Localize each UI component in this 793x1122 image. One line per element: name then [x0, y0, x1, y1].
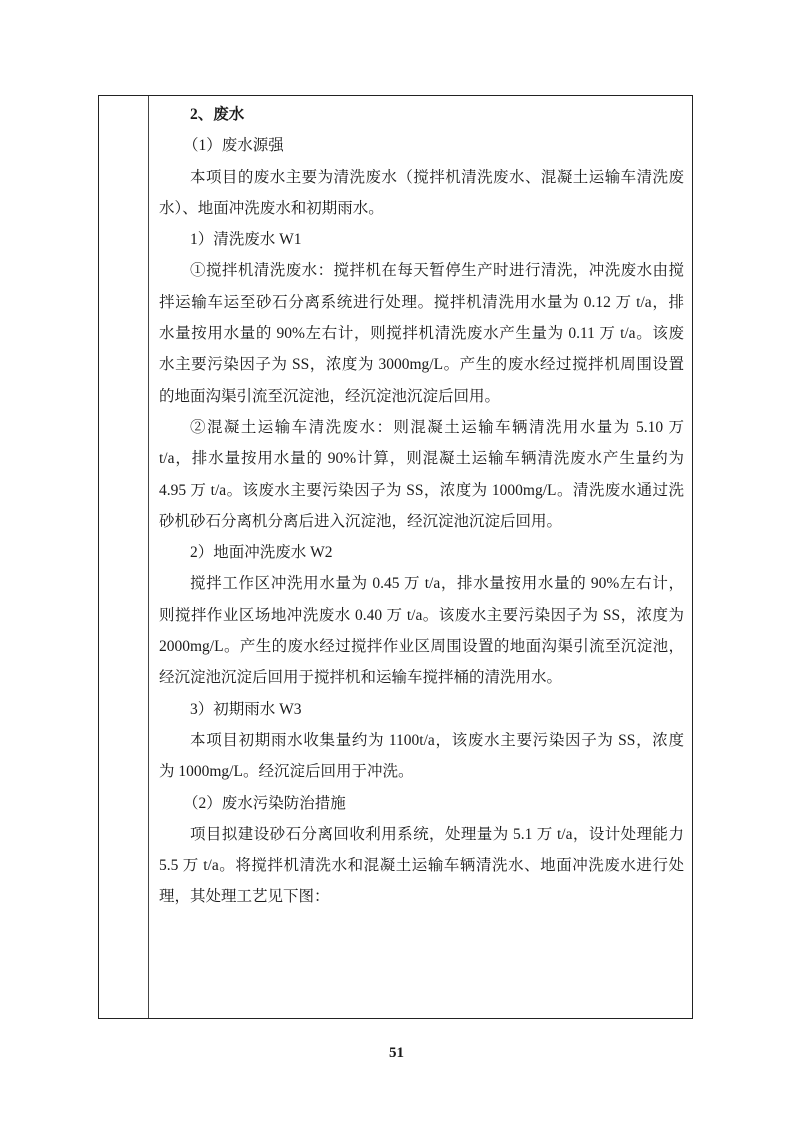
page-number: 51: [0, 1045, 793, 1062]
section-heading: 2、废水: [159, 99, 684, 130]
paragraph-line: 4.95 万 t/a。该废水主要污染因子为 SS，浓度为 1000mg/L。清洗…: [159, 475, 684, 506]
table-left-column: [99, 96, 149, 1018]
paragraph-line: ②混凝土运输车清洗废水：则混凝土运输车辆清洗用水量为 5.10 万: [159, 412, 684, 443]
paragraph-line: t/a，排水量按用水量的 90%计算，则混凝土运输车辆清洗废水产生量约为: [159, 443, 684, 474]
paragraph-line: 砂机砂石分离机分离后进入沉淀池，经沉淀池沉淀后回用。: [159, 506, 684, 537]
table-content-cell: 2、废水 （1）废水源强 本项目的废水主要为清洗废水（搅拌机清洗废水、混凝土运输…: [151, 96, 692, 913]
paragraph-line: 水主要污染因子为 SS，浓度为 3000mg/L。产生的废水经过搅拌机周围设置: [159, 349, 684, 380]
paragraph-line: 的地面沟渠引流至沉淀池，经沉淀池沉淀后回用。: [159, 381, 684, 412]
item-heading: 3）初期雨水 W3: [159, 694, 684, 725]
paragraph-line: 为 1000mg/L。经沉淀后回用于冲洗。: [159, 756, 684, 787]
content-table: 2、废水 （1）废水源强 本项目的废水主要为清洗废水（搅拌机清洗废水、混凝土运输…: [98, 95, 693, 1019]
paragraph-line: 2000mg/L。产生的废水经过搅拌作业区周围设置的地面沟渠引流至沉淀池，: [159, 631, 684, 662]
paragraph-line: 本项目初期雨水收集量约为 1100t/a，该废水主要污染因子为 SS，浓度: [159, 725, 684, 756]
paragraph-line: 搅拌工作区冲洗用水量为 0.45 万 t/a，排水量按用水量的 90%左右计，: [159, 568, 684, 599]
subsection-heading: （1）废水源强: [159, 130, 684, 161]
paragraph-line: 理，其处理工艺见下图：: [159, 881, 684, 912]
paragraph-line: 本项目的废水主要为清洗废水（搅拌机清洗废水、混凝土运输车清洗废: [159, 162, 684, 193]
paragraph-line: 水）、地面冲洗废水和初期雨水。: [159, 193, 684, 224]
paragraph-line: 经沉淀池沉淀后回用于搅拌机和运输车搅拌桶的清洗用水。: [159, 662, 684, 693]
paragraph-line: 则搅拌作业区场地冲洗废水 0.40 万 t/a。该废水主要污染因子为 SS，浓度…: [159, 600, 684, 631]
paragraph-line: ①搅拌机清洗废水：搅拌机在每天暂停生产时进行清洗，冲洗废水由搅: [159, 255, 684, 286]
paragraph-line: 5.5 万 t/a。将搅拌机清洗水和混凝土运输车辆清洗水、地面冲洗废水进行处: [159, 850, 684, 881]
item-heading: 2）地面冲洗废水 W2: [159, 537, 684, 568]
subsection-heading: （2）废水污染防治措施: [159, 788, 684, 819]
paragraph-line: 拌运输车运至砂石分离系统进行处理。搅拌机清洗用水量为 0.12 万 t/a，排: [159, 287, 684, 318]
paragraph-line: 水量按用水量的 90%左右计，则搅拌机清洗废水产生量为 0.11 万 t/a。该…: [159, 318, 684, 349]
paragraph-line: 项目拟建设砂石分离回收利用系统，处理量为 5.1 万 t/a，设计处理能力: [159, 819, 684, 850]
item-heading: 1）清洗废水 W1: [159, 224, 684, 255]
